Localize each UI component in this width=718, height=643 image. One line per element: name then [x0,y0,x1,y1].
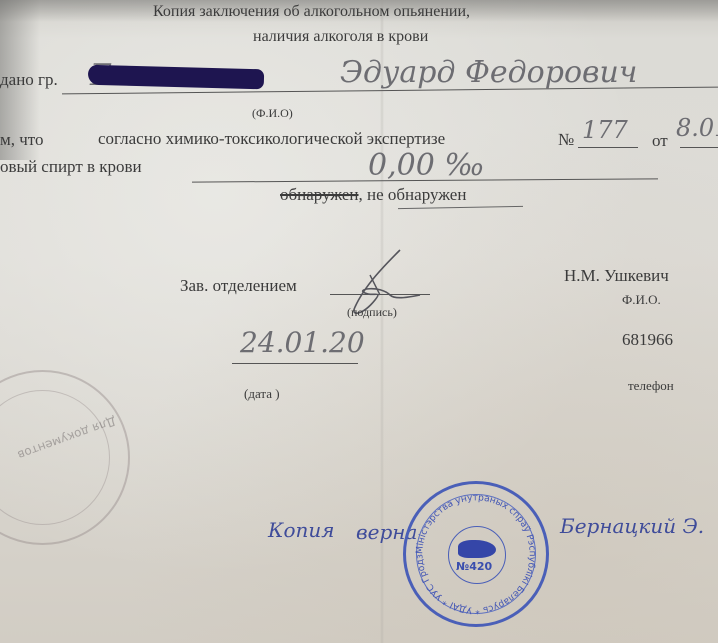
phone-value: 681966 [622,330,673,350]
date-from-underline [680,147,718,148]
stamp-number: №420 [456,560,492,573]
basis-prefix: м, что [0,130,44,150]
stamp-map-emblem [458,540,496,558]
date-value: 24.01.20 [240,326,365,359]
date-from-label: от [652,131,668,151]
not-detected-option: не обнаружен [367,185,466,204]
phone-caption: телефон [628,378,674,394]
copy-signer: Бернацкий Э. [560,514,704,538]
official-round-stamp: Міністэрства унутраных спраў Рэспублікі … [403,481,549,627]
handwritten-name: Эдуард Федорович [340,55,637,90]
date-caption: (дата ) [244,386,280,402]
number-label: № [558,130,574,150]
alcohol-value: 0,00 ‰ [368,148,485,183]
doc-title-line-2: наличия алкоголя в крови [253,28,428,46]
date-from-value: 8.01. [676,114,718,142]
detected-struck-option: обнаружен [280,185,359,204]
head-label: Зав. отделением [180,276,297,296]
stamp-inner-ring [0,390,110,525]
expertise-number: 177 [582,116,628,144]
name-caption: (Ф.И.О) [252,106,293,121]
date-underline [232,363,358,364]
doc-title-line-1: Копия заключения об алкогольном опьянени… [153,3,470,21]
number-underline [578,147,638,148]
basis-text: согласно химико-токсикологической экспер… [98,129,445,149]
head-name-caption: Ф.И.О. [622,292,661,308]
issued-to-label: дано гр. [0,70,58,90]
option-separator: , [359,185,363,204]
alcohol-label: овый спирт в крови [0,157,142,177]
copy-note-word-1: Копия [268,518,335,542]
head-name: Н.М. Ушкевич [564,266,669,286]
signature-caption: (подпись) [347,305,397,320]
